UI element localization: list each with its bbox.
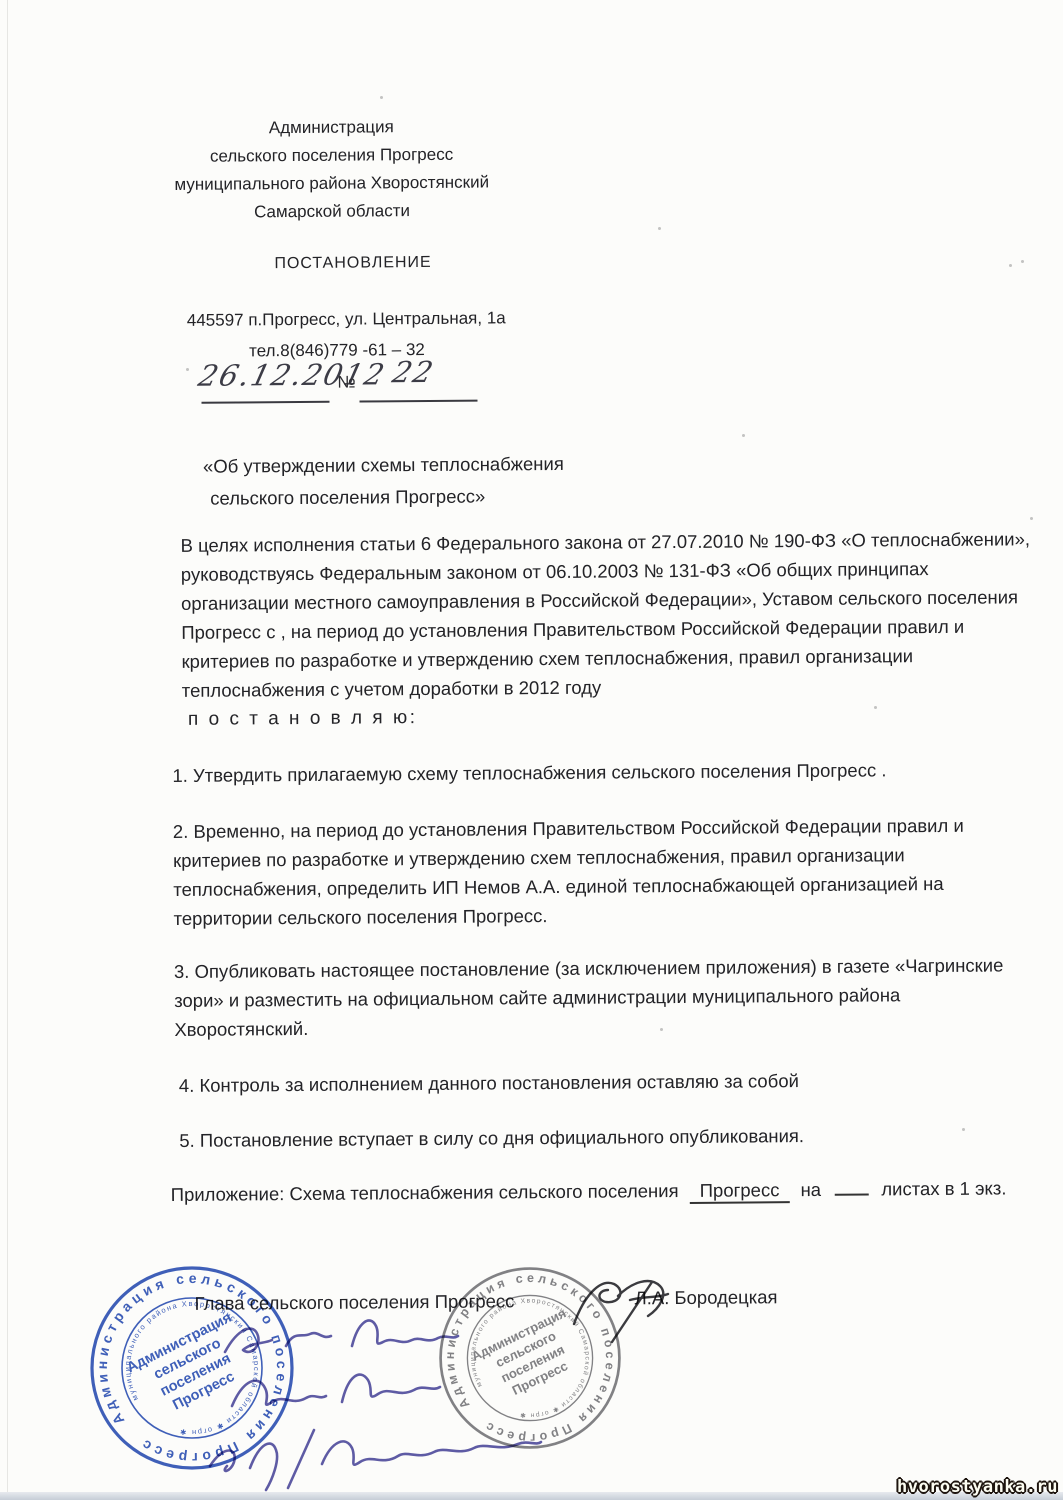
document-type-title: ПОСТАНОВЛЕНИЕ	[274, 254, 431, 273]
resolve-word: п о с т а н о в л я ю:	[188, 707, 418, 731]
date-underline	[201, 401, 329, 404]
scan-speckle	[874, 706, 877, 709]
preamble-paragraph: В целях исполнения статьи 6 Федерального…	[181, 524, 1032, 705]
signer-position: Глава сельского поселения Прогресс	[194, 1290, 514, 1315]
typed-content: Администрация сельского поселения Прогре…	[0, 0, 1063, 1500]
scan-speckle	[660, 1028, 663, 1031]
attachment-prefix: Приложение: Схема теплоснабжения сельско…	[171, 1180, 679, 1205]
handwritten-number: 22	[389, 355, 438, 389]
resolution-item-2: 2. Временно, на период до установления П…	[173, 811, 965, 933]
subject-line: «Об утверждении схемы теплоснабжения	[203, 448, 564, 483]
item-line: Хворостянский.	[174, 1008, 1004, 1044]
signer-name: Л.А. Бородецкая	[634, 1286, 777, 1309]
resolution-item-3: 3. Опубликовать настоящее постановление …	[174, 950, 1004, 1044]
resolution-item-5: 5. Постановление вступает в силу со дня …	[179, 1121, 804, 1155]
document-header: Администрация сельского поселения Прогре…	[0, 111, 668, 228]
scan-speckle	[962, 1128, 965, 1131]
attachment-suffix: листах в 1 экз.	[881, 1177, 1006, 1199]
item-line: теплоснабжения, определить ИП Немов А.А.…	[173, 869, 964, 904]
document-page: Администрация сельского поселения Прогре…	[0, 0, 1063, 1500]
number-underline	[359, 400, 477, 403]
site-watermark: hvorostyanka.ru	[897, 1477, 1058, 1497]
scan-speckle	[186, 368, 189, 371]
attachment-empty-blank	[834, 1176, 868, 1196]
subject-line: сельского поселения Прогресс»	[203, 480, 564, 515]
scan-speckle	[742, 434, 745, 437]
number-sign: №	[337, 373, 355, 393]
handwritten-date: 26.12.2012	[195, 357, 389, 393]
date-number-row: 26.12.2012 № 22	[197, 358, 517, 409]
scan-speckle	[380, 96, 383, 99]
scan-speckle	[658, 227, 661, 230]
document-subject: «Об утверждении схемы теплоснабжения сел…	[203, 448, 564, 515]
preamble-line: теплоснабжения с учетом доработки в 2012…	[182, 669, 1032, 705]
scan-speckle	[1030, 517, 1033, 520]
attachment-line: Приложение: Схема теплоснабжения сельско…	[171, 1174, 1007, 1208]
resolution-item-1: 1. Утвердить прилагаемую схему теплоснаб…	[172, 755, 886, 790]
resolution-item-4: 4. Контроль за исполнением данного поста…	[179, 1066, 799, 1100]
item-line: территории сельского поселения Прогресс.	[173, 898, 964, 933]
org-line: Самарской области	[0, 195, 668, 228]
attachment-middle: на	[800, 1179, 821, 1200]
scan-speckle	[1009, 264, 1012, 267]
org-address: 445597 п.Прогресс, ул. Центральная, 1а	[187, 308, 506, 331]
attachment-filled-blank: Прогресс	[690, 1179, 790, 1204]
scan-speckle	[1021, 260, 1024, 263]
